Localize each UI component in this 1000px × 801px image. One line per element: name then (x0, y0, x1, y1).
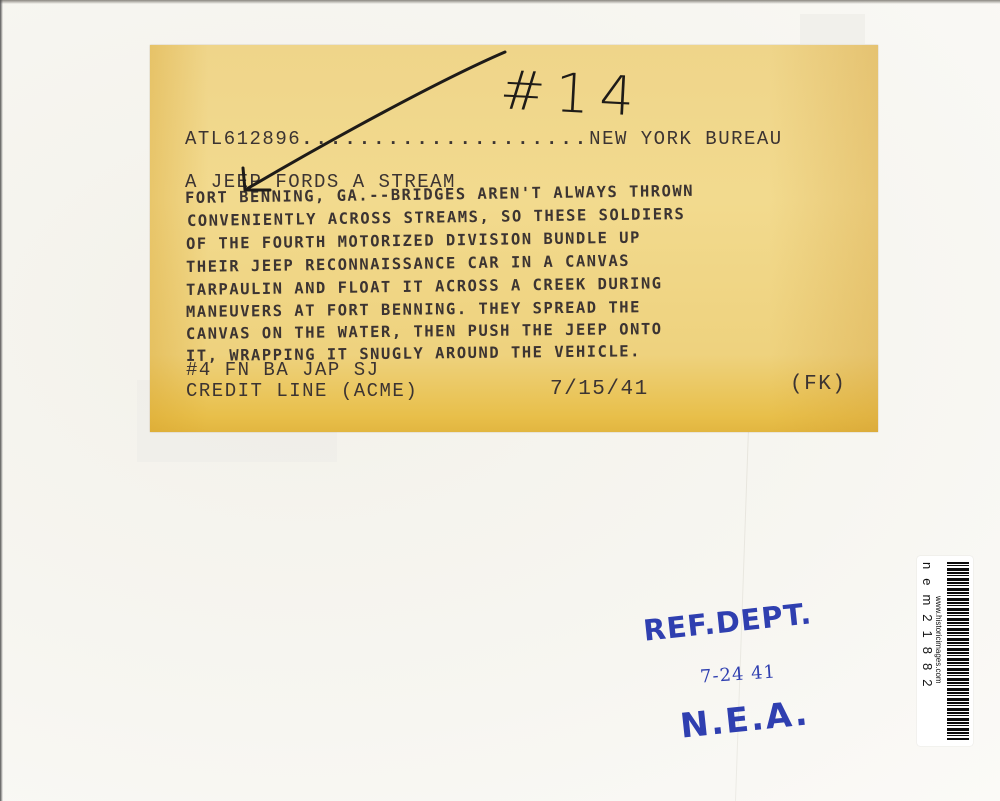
barcode-url: www.historicimages.com (934, 596, 943, 684)
barcode-label: nem21882 www.historicimages.com (917, 556, 973, 746)
handwritten-arrow-icon (0, 0, 1000, 801)
barcode-code: nem21882 (921, 562, 935, 695)
barcode-icon (947, 562, 969, 740)
